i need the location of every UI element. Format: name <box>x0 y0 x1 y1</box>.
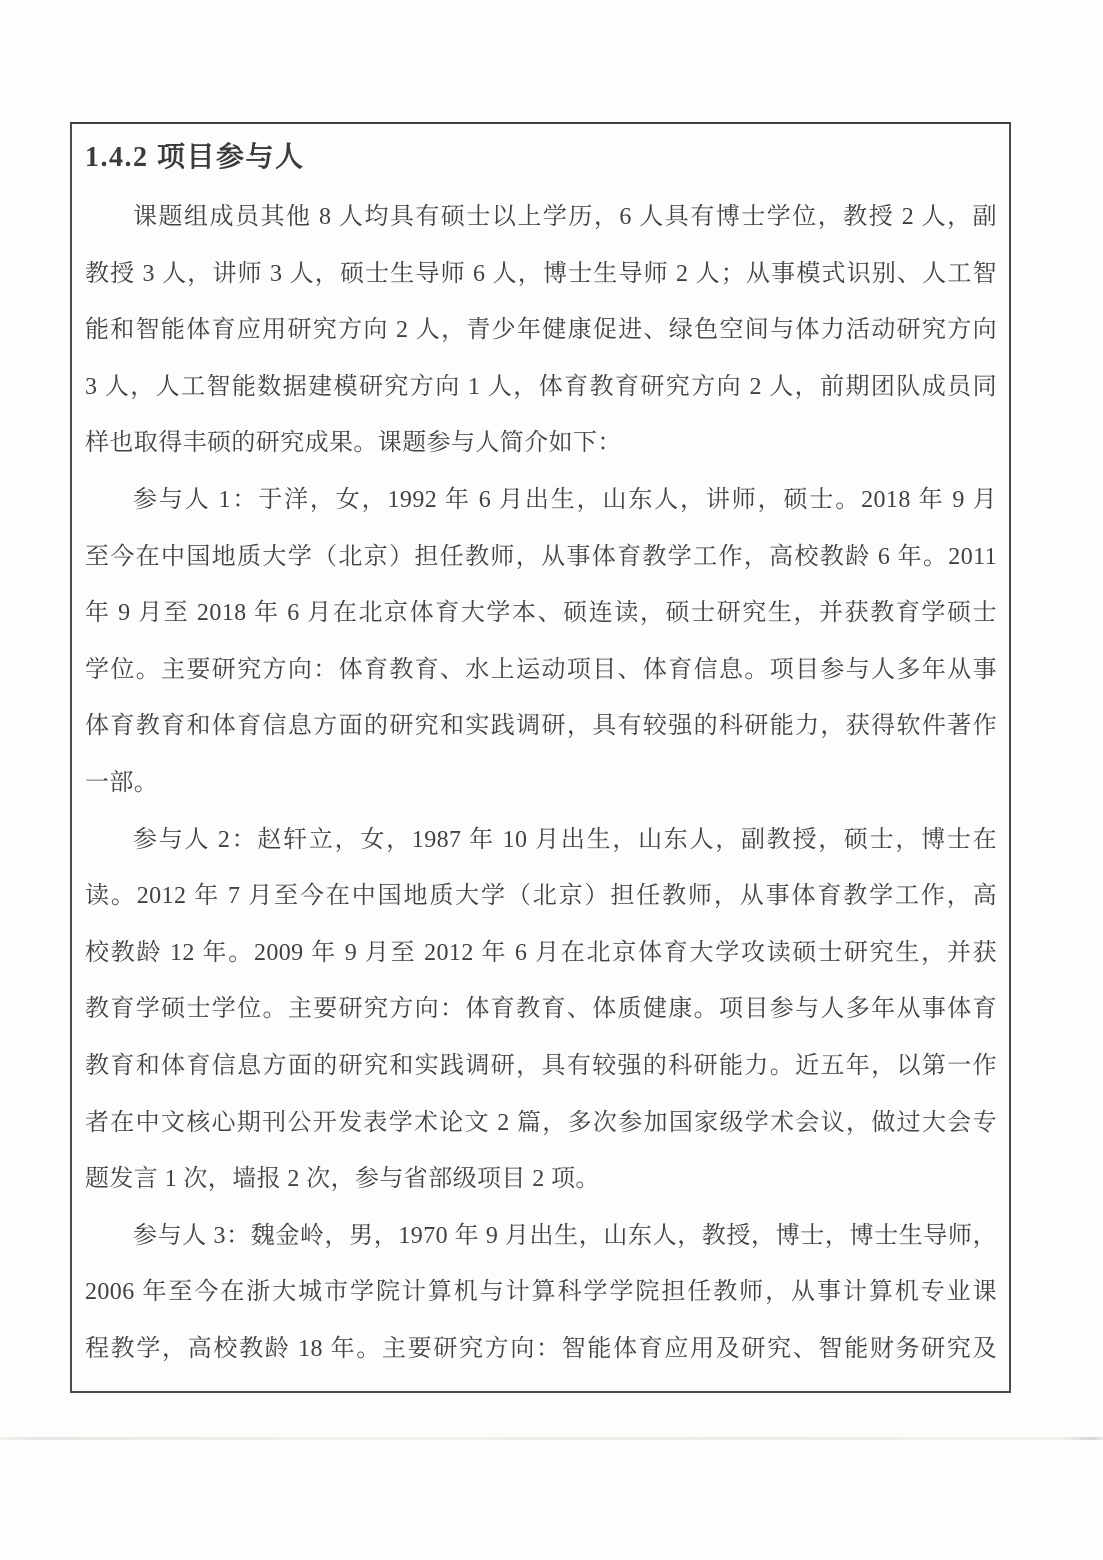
scan-artifact-line <box>0 1437 1103 1440</box>
text-line: 一部。 <box>85 755 997 812</box>
text-line: 教育学硕士学位。主要研究方向：体育教育、体质健康。项目参与人多年从事体育 <box>85 981 997 1038</box>
text-line: 样也取得丰硕的研究成果。课题参与人简介如下： <box>85 415 997 472</box>
paragraph-team-overview: 课题组成员其他 8 人均具有硕士以上学历，6 人具有博士学位，教授 2 人，副教… <box>85 189 997 472</box>
text-line: 能和智能体育应用研究方向 2 人，青少年健康促进、绿色空间与体力活动研究方向 <box>85 302 997 359</box>
content-box: 1.4.2 项目参与人 课题组成员其他 8 人均具有硕士以上学历，6 人具有博士… <box>70 122 1011 1393</box>
text-line: 参与人 2：赵轩立，女，1987 年 10 月出生，山东人，副教授，硕士，博士在 <box>85 812 997 869</box>
text-line: 读。2012 年 7 月至今在中国地质大学（北京）担任教师，从事体育教学工作，高 <box>85 868 997 925</box>
text-line: 校教龄 12 年。2009 年 9 月至 2012 年 6 月在北京体育大学攻读… <box>85 925 997 982</box>
text-line: 教育和体育信息方面的研究和实践调研，具有较强的科研能力。近五年，以第一作 <box>85 1038 997 1095</box>
text-line: 程教学，高校教龄 18 年。主要研究方向：智能体育应用及研究、智能财务研究及 <box>85 1321 997 1378</box>
section-title: 1.4.2 项目参与人 <box>85 135 997 180</box>
text-line: 2006 年至今在浙大城市学院计算机与计算科学学院担任教师，从事计算机专业课 <box>85 1264 997 1321</box>
scanned-document-page: 1.4.2 项目参与人 课题组成员其他 8 人均具有硕士以上学历，6 人具有博士… <box>0 0 1103 1560</box>
text-line: 者在中文核心期刊公开发表学术论文 2 篇，多次参加国家级学术会议，做过大会专 <box>85 1095 997 1152</box>
paragraph-participant-2: 参与人 2：赵轩立，女，1987 年 10 月出生，山东人，副教授，硕士，博士在… <box>85 812 997 1208</box>
paragraph-participant-3: 参与人 3：魏金岭，男，1970 年 9 月出生，山东人，教授，博士，博士生导师… <box>85 1208 997 1378</box>
text-line: 学位。主要研究方向：体育教育、水上运动项目、体育信息。项目参与人多年从事 <box>85 642 997 699</box>
document-body: 课题组成员其他 8 人均具有硕士以上学历，6 人具有博士学位，教授 2 人，副教… <box>85 189 997 1377</box>
text-line: 教授 3 人，讲师 3 人，硕士生导师 6 人，博士生导师 2 人；从事模式识别… <box>85 246 997 303</box>
text-line: 至今在中国地质大学（北京）担任教师，从事体育教学工作，高校教龄 6 年。2011 <box>85 529 997 586</box>
text-line: 体育教育和体育信息方面的研究和实践调研，具有较强的科研能力，获得软件著作 <box>85 698 997 755</box>
text-line: 参与人 1：于洋，女，1992 年 6 月出生，山东人，讲师，硕士。2018 年… <box>85 472 997 529</box>
text-line: 年 9 月至 2018 年 6 月在北京体育大学本、硕连读，硕士研究生，并获教育… <box>85 585 997 642</box>
text-line: 题发言 1 次，墙报 2 次，参与省部级项目 2 项。 <box>85 1151 997 1208</box>
text-line: 课题组成员其他 8 人均具有硕士以上学历，6 人具有博士学位，教授 2 人，副 <box>85 189 997 246</box>
text-line: 3 人，人工智能数据建模研究方向 1 人，体育教育研究方向 2 人，前期团队成员… <box>85 359 997 416</box>
paragraph-participant-1: 参与人 1：于洋，女，1992 年 6 月出生，山东人，讲师，硕士。2018 年… <box>85 472 997 812</box>
text-line: 参与人 3：魏金岭，男，1970 年 9 月出生，山东人，教授，博士，博士生导师… <box>85 1208 997 1265</box>
